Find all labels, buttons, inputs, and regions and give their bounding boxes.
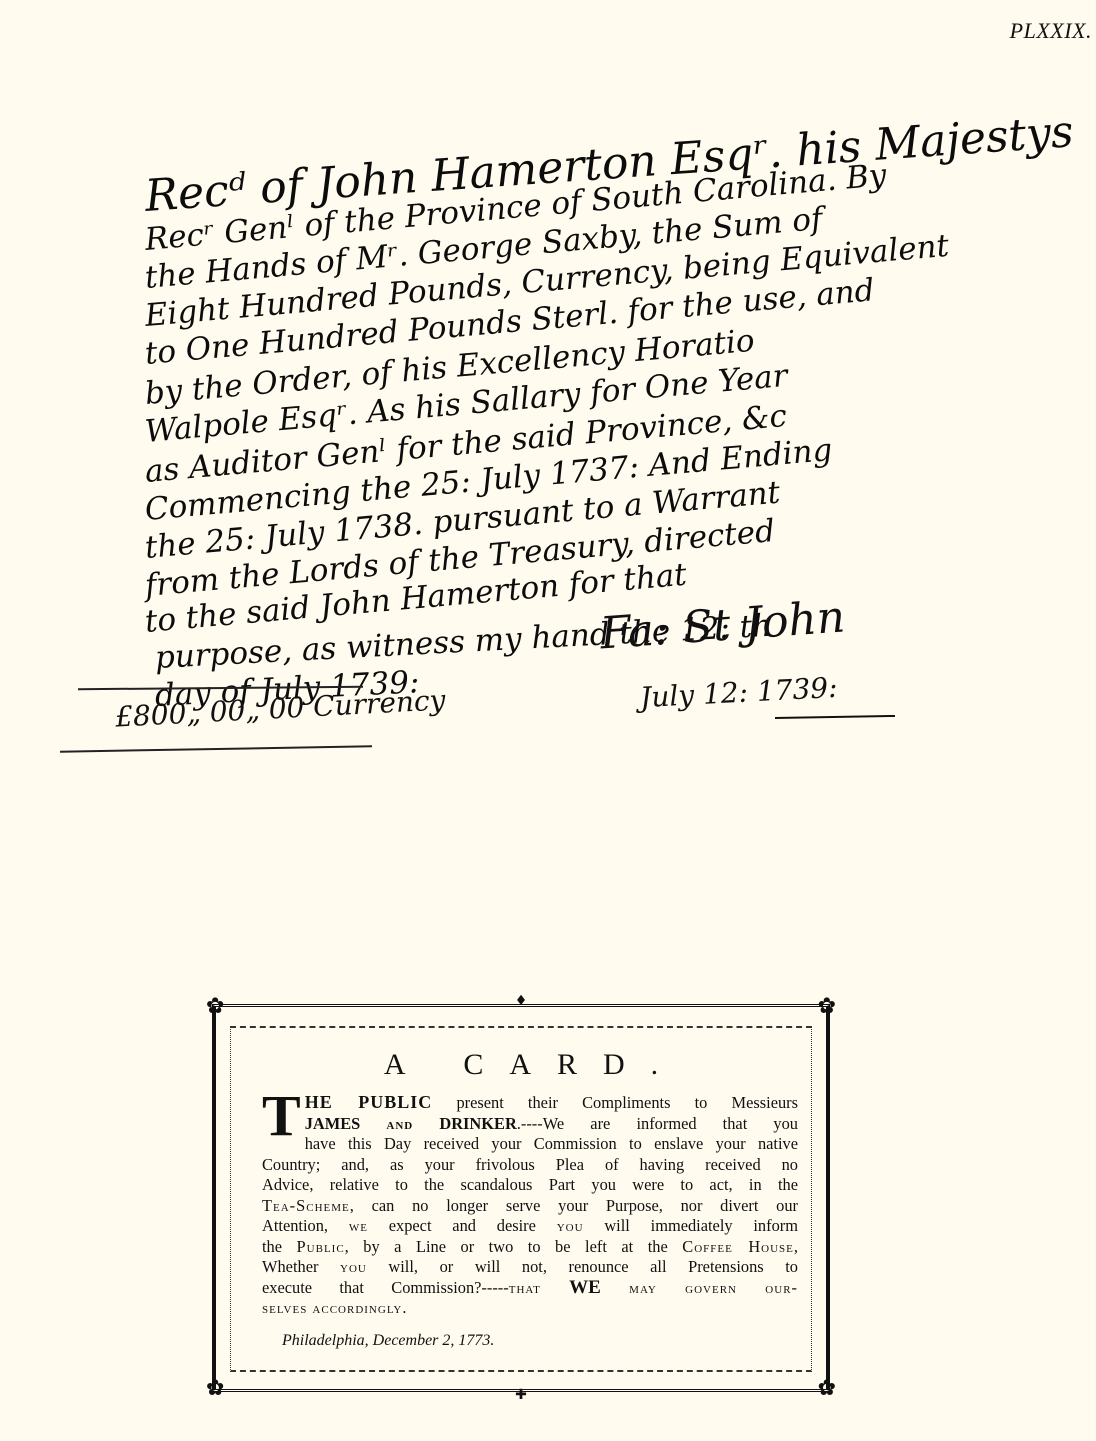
signature-flourish-rule: [775, 715, 895, 719]
ornament-corner-icon: ✿: [206, 1378, 224, 1400]
card-line: Country; and, as your frivolous Plea of …: [262, 1155, 798, 1176]
signature: Fa: St John: [599, 592, 847, 660]
card-body: T HE PUBLIC present their Compliments to…: [262, 1092, 798, 1319]
signature-date: July 12: 1739:: [639, 671, 838, 714]
amount-rule-bottom: [60, 745, 372, 752]
card-line: Advice, relative to the scandalous Part …: [262, 1175, 798, 1196]
card-line: have this Day received your Commission t…: [262, 1134, 798, 1155]
ornament-corner-icon: ✿: [206, 996, 224, 1018]
ornament-cross-icon: ✚: [515, 1388, 527, 1402]
printed-card: ✿ ✿ ✿ ✿ ♦ ✚ A CARD. T HE PUBLIC present …: [212, 1004, 830, 1392]
ornament-corner-icon: ✿: [818, 996, 836, 1018]
card-line: selves accordingly.: [262, 1298, 798, 1319]
ornament-corner-icon: ✿: [818, 1378, 836, 1400]
drop-cap: T: [262, 1094, 301, 1138]
card-title: A CARD.: [212, 1048, 830, 1082]
plate-label: PLXXIX.: [1010, 18, 1092, 44]
card-place-date: Philadelphia, December 2, 1773.: [282, 1332, 494, 1350]
ornament-diamond-icon: ♦: [515, 994, 528, 1008]
